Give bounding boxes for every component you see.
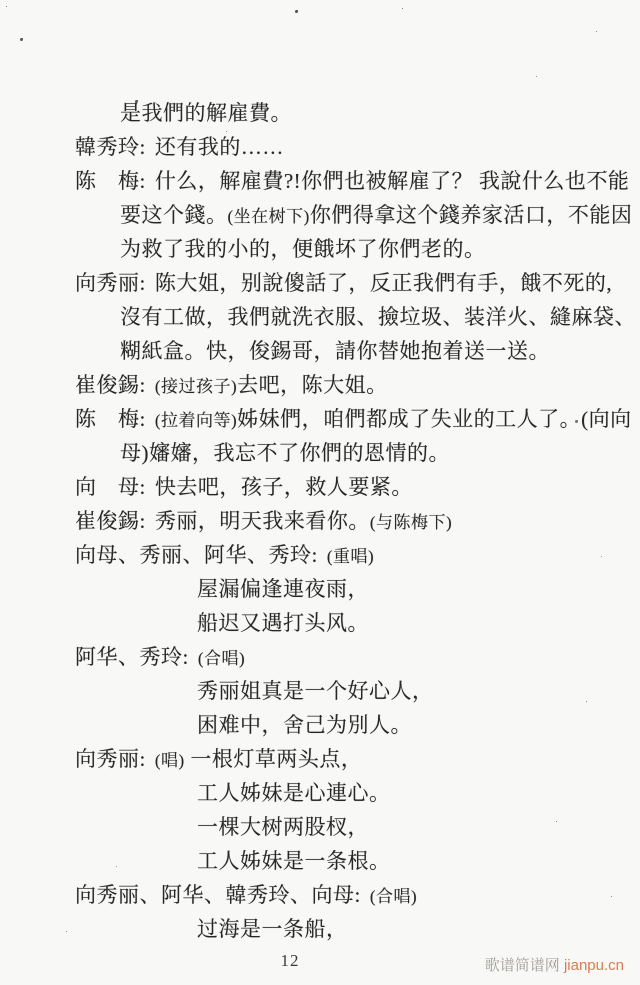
line-text: (合唱) [370,883,417,907]
line-text: (合唱) [198,645,245,669]
speaker-name: 陈 梅: [75,407,146,431]
speaker-name: 向母、秀丽、阿华、秀玲: [75,543,318,567]
line-text: 什么，解雇費?!你們也被解雇了？ 我說什么也不能 [155,169,630,193]
line-text: (接过孩子)去吧，陈大姐。 [155,373,388,397]
speaker-name: 韓秀玲: [75,135,146,159]
scan-noise-specks [295,10,298,13]
script-line: 母)嬸嬸，我忘不了你們的恩情的。 [75,436,600,470]
script-line: 向秀丽:(唱) 一根灯草两头点， [75,742,600,776]
script-line: 困难中，舍己为別人。 [75,708,600,742]
script-line: 秀丽姐真是一个好心人， [75,674,600,708]
line-text: 沒有工做，我們就洗衣服、撿垃圾、装洋火、縫麻袋、 [120,305,636,329]
script-line: 向母、秀丽、阿华、秀玲:(重唱) [75,538,600,572]
script-line: 工人姊妹是心連心。 [75,776,600,810]
script-line: 屋漏偏逢連夜雨， [75,572,600,606]
script-line: 向秀丽:陈大姐，别說傻話了，反正我們有手，餓不死的, [75,266,600,300]
speaker-name: 陈 梅: [75,169,146,193]
script-line: 糊紙盒。快，俊錫哥，請你替她抱着送一送。 [75,334,600,368]
speaker-name: 崔俊錫: [75,509,146,533]
line-text: (重唱) [327,543,374,567]
script-line: 阿华、秀玲:(合唱) [75,640,600,674]
script-lines: 是我們的解雇費。 韓秀玲:还有我的…… 陈 梅:什么，解雇費?!你們也被解雇了？… [75,96,600,946]
script-line: 沒有工做，我們就洗衣服、撿垃圾、装洋火、縫麻袋、 [75,300,600,334]
script-line: 陈 梅:(拉着向等)姊妹們，咱們都成了失业的工人了。(向向 [75,402,600,436]
script-line: 崔俊錫:(接过孩子)去吧，陈大姐。 [75,368,600,402]
script-line: 为救了我的小的，便餓坏了你們老的。 [75,232,600,266]
line-text: 是我們的解雇費。 [120,101,292,125]
scanned-script-page: 是我們的解雇費。 韓秀玲:还有我的…… 陈 梅:什么，解雇費?!你們也被解雇了？… [0,0,640,985]
script-line: 陈 梅:什么，解雇費?!你們也被解雇了？ 我說什么也不能 [75,164,600,198]
line-text: 一棵大树两股杈， [197,815,369,839]
line-text: 工人姊妹是一条根。 [197,849,391,873]
line-text: (唱) 一根灯草两头点， [155,747,363,771]
line-text: 快去吧，孩子，救人要紧。 [155,475,413,499]
speaker-name: 阿华、秀玲: [75,645,189,669]
watermark-site-name: 歌谱简谱网 [485,957,560,974]
script-line: 过海是一条船， [75,912,600,946]
script-line: 船迟又遇打头风。 [75,606,600,640]
script-line: 是我們的解雇費。 [75,96,600,130]
line-text: 要这个錢。(坐在树下)你們得拿这个錢养家活口，不能因 [120,203,632,227]
speaker-name: 崔俊錫: [75,373,146,397]
script-line: 一棵大树两股杈， [75,810,600,844]
line-text: 秀丽姐真是一个好心人， [197,679,434,703]
page-footer: 12 歌谱简谱网 jianpu.cn [0,944,640,978]
line-text: 过海是一条船， [197,917,348,941]
script-line: 崔俊錫:秀丽，明天我来看你。(与陈梅下) [75,504,600,538]
script-line: 韓秀玲:还有我的…… [75,130,600,164]
line-text: 屋漏偏逢連夜雨， [197,577,369,601]
line-text: 还有我的…… [155,135,284,159]
line-text: 工人姊妹是心連心。 [197,781,391,805]
line-text: 陈大姐，别說傻話了，反正我們有手，餓不死的, [155,271,612,295]
speaker-name: 向 母: [75,475,146,499]
line-text: 困难中，舍己为別人。 [197,713,412,737]
script-line: 向 母:快去吧，孩子，救人要紧。 [75,470,600,504]
line-text: 为救了我的小的，便餓坏了你們老的。 [120,237,486,261]
speaker-name: 向秀丽: [75,747,146,771]
script-line: 工人姊妹是一条根。 [75,844,600,878]
script-line: 向秀丽、阿华、韓秀玲、向母:(合唱) [75,878,600,912]
line-text: 糊紙盒。快，俊錫哥，請你替她抱着送一送。 [120,339,550,363]
line-text: 秀丽，明天我来看你。(与陈梅下) [155,509,452,533]
line-text: (拉着向等)姊妹們，咱們都成了失业的工人了。(向向 [155,407,632,431]
line-text: 母)嬸嬸，我忘不了你們的恩情的。 [120,441,450,465]
script-line: 要这个錢。(坐在树下)你們得拿这个錢养家活口，不能因 [75,198,600,232]
watermark-site-url: jianpu.cn [564,957,624,974]
speaker-name: 向秀丽: [75,271,146,295]
speaker-name: 向秀丽、阿华、韓秀玲、向母: [75,883,361,907]
line-text: 船迟又遇打头风。 [197,611,369,635]
watermark: 歌谱简谱网 jianpu.cn [485,954,624,975]
